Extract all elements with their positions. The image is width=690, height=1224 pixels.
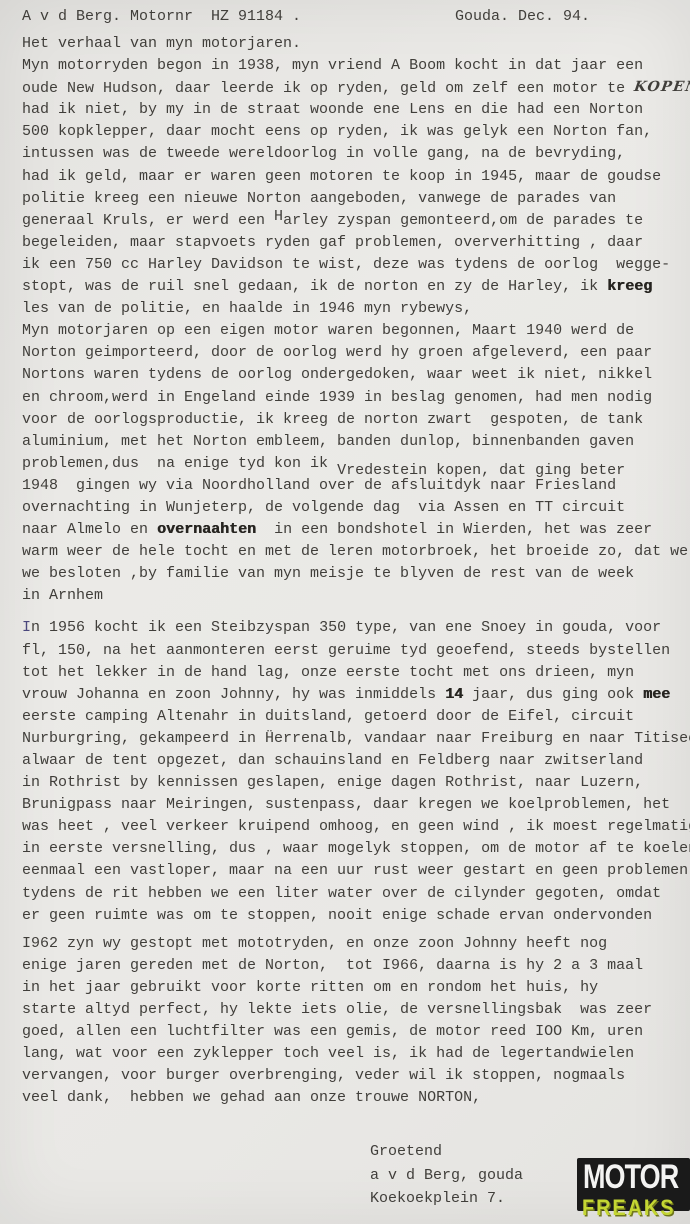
text-segment: Het verhaal van myn motorjaren. [22,35,301,52]
motorfreaks-logo: MOTOR FREAKS [577,1158,690,1211]
header-date-line: Gouda. Dec. 94. [455,8,590,25]
text-line: tydens de rit hebben we een liter water … [22,883,690,905]
text-segment: problemen,dus na enige tyd kon ik [22,455,337,472]
text-segment: in Arnhem [22,587,103,604]
text-segment: H [274,206,283,228]
text-segment: naar Almelo en [22,521,157,538]
text-line: in Arnhem [22,585,690,607]
text-line: enige jaren gereden met de Norton, tot I… [22,955,690,977]
text-line: overnachting in Wunjeterp, de volgende d… [22,497,690,519]
text-segment: vervangen, voor burger overbrenging, ved… [22,1067,625,1084]
text-segment: ik een 750 cc Harley Davidson te wist, d… [22,256,670,273]
text-line: les van de politie, en haalde in 1946 my… [22,298,690,320]
text-line: generaal Kruls, er werd een Harley zyspa… [22,210,690,232]
text-line: alwaar de tent opgezet, dan schauinsland… [22,750,690,772]
text-segment: n 1956 kocht ik een Steibzyspan 350 type… [31,619,661,636]
text-segment: Myn motorryden begon in 1938, myn vriend… [22,57,643,74]
text-line: voor de oorlogsproductie, ik kreeg de no… [22,409,690,431]
text-line: Norton geimporteerd, door de oorlog werd… [22,342,690,364]
text-segment: had ik geld, maar er waren geen motoren … [22,168,661,185]
text-line: warm weer de hele tocht en met de leren … [22,541,690,563]
letter-body: Het verhaal van myn motorjaren.Myn motor… [22,33,690,1110]
text-line: stopt, was de ruil snel gedaan, ik de no… [22,276,690,298]
letter-paragraphs: Het verhaal van myn motorjaren.Myn motor… [22,33,690,1110]
text-line: begeleiden, maar stapvoets ryden gaf pro… [22,232,690,254]
text-line: lang, wat voor een zyklepper toch veel i… [22,1043,690,1065]
text-line: in het jaar gebruikt voor korte ritten o… [22,977,690,999]
text-line: vervangen, voor burger overbrenging, ved… [22,1065,690,1087]
text-line: ik een 750 cc Harley Davidson te wist, d… [22,254,690,276]
text-segment: Nortons waren tydens de oorlog ondergedo… [22,366,652,383]
text-segment: tot het lekker in de hand lag, onze eers… [22,664,634,681]
text-line: tot het lekker in de hand lag, onze eers… [22,662,690,684]
text-line: fl, 150, na het aanmonteren eerst geruim… [22,640,690,662]
text-segment: I [22,619,31,636]
paragraph: In 1956 kocht ik een Steibzyspan 350 typ… [22,617,690,926]
text-line: in eerste versnelling, dus , waar mogely… [22,838,690,860]
text-segment: veel dank, hebben we gehad aan onze trou… [22,1089,481,1106]
text-line: goed, allen een luchtfilter was een gemi… [22,1021,690,1043]
text-line: Myn motorryden begon in 1938, myn vriend… [22,55,690,77]
text-line: was heet , veel verkeer kruipend omhoog,… [22,816,690,838]
text-line: veel dank, hebben we gehad aan onze trou… [22,1087,690,1109]
text-segment: 14 [445,686,463,703]
text-segment: overnaahten [157,521,256,538]
handwritten-word: KOPEN [633,76,690,98]
text-line: en chroom,werd in Engeland einde 1939 in… [22,387,690,409]
text-segment: voor de oorlogsproductie, ik kreeg de no… [22,411,643,428]
text-line: I962 zyn wy gestopt met mototryden, en o… [22,933,690,955]
text-segment: had ik niet, by my in de straat woonde e… [22,101,643,118]
text-line: problemen,dus na enige tyd kon ik Vredes… [22,453,690,475]
logo-motor-text: MOTOR [583,1161,678,1195]
text-segment: eerste camping Altenahr in duitsland, ge… [22,708,634,725]
text-segment: oude New Hudson, daar leerde ik op ryden… [22,80,634,97]
text-segment: jaar, dus ging ook [463,686,643,703]
text-segment: Nurburgring, gekampeerd in Ḧerrenalb, v… [22,730,690,747]
text-segment: was heet , veel verkeer kruipend omhoog,… [22,818,690,835]
text-segment: eenmaal een vastloper, maar na een uur r… [22,862,688,879]
text-segment: Norton geimporteerd, door de oorlog werd… [22,344,652,361]
text-segment: tydens de rit hebben we een liter water … [22,885,661,902]
text-line: naar Almelo en overnaahten in een bondsh… [22,519,690,541]
signature-block: Groetenda v d Berg, goudaKoekoekplein 7. [370,1140,523,1211]
text-line: intussen was de tweede wereldoorlog in v… [22,143,690,165]
text-line: we besloten ,by familie van myn meisje t… [22,563,690,585]
text-line: had ik geld, maar er waren geen motoren … [22,166,690,188]
text-segment: in het jaar gebruikt voor korte ritten o… [22,979,598,996]
text-segment: Vredestein kopen, dat ging beter [337,460,625,482]
paragraph: Het verhaal van myn motorjaren.Myn motor… [22,33,690,607]
text-segment: I962 zyn wy gestopt met mototryden, en o… [22,935,607,952]
text-segment: lang, wat voor een zyklepper toch veel i… [22,1045,634,1062]
text-line: In 1956 kocht ik een Steibzyspan 350 typ… [22,617,690,639]
signature-line: Koekoekplein 7. [370,1187,523,1211]
text-segment: 500 kopklepper, daar mocht eens op ryden… [22,123,652,140]
text-line: Myn motorjaren op een eigen motor waren … [22,320,690,342]
text-segment: intussen was de tweede wereldoorlog in v… [22,145,625,162]
text-segment: warm weer de hele tocht en met de leren … [22,543,688,560]
text-line: eerste camping Altenahr in duitsland, ge… [22,706,690,728]
letter-header: A v d Berg. Motornr HZ 91184 . Gouda. De… [0,8,690,30]
text-segment: en chroom,werd in Engeland einde 1939 in… [22,389,652,406]
text-segment: kreeg [607,278,652,295]
logo-freaks-text: FREAKS [582,1197,675,1219]
text-line: eenmaal een vastloper, maar na een uur r… [22,860,690,882]
text-segment: aluminium, met het Norton embleem, bande… [22,433,634,450]
text-line: vrouw Johanna en zoon Johnny, hy was inm… [22,684,690,706]
text-segment: vrouw Johanna en zoon Johnny, hy was inm… [22,686,445,703]
text-segment: in Rothrist by kennissen geslapen, enige… [22,774,643,791]
text-segment: in een bondshotel in Wierden, het was ze… [256,521,652,538]
signature-line: a v d Berg, gouda [370,1164,523,1188]
text-segment: arley zyspan gemonteerd,om de parades te [283,212,643,229]
signature-line: Groetend [370,1140,523,1164]
text-line: er geen ruimte was om te stoppen, nooit … [22,905,690,927]
text-segment: Myn motorjaren op een eigen motor waren … [22,322,634,339]
paragraph: I962 zyn wy gestopt met mototryden, en o… [22,933,690,1110]
text-line: Nortons waren tydens de oorlog ondergedo… [22,364,690,386]
text-segment: we besloten ,by familie van myn meisje t… [22,565,634,582]
text-segment: goed, allen een luchtfilter was een gemi… [22,1023,643,1040]
text-segment: in eerste versnelling, dus , waar mogely… [22,840,690,857]
text-line: oude New Hudson, daar leerde ik op ryden… [22,77,690,99]
text-line: Het verhaal van myn motorjaren. [22,33,690,55]
text-segment: stopt, was de ruil snel gedaan, ik de no… [22,278,607,295]
text-line: Nurburgring, gekampeerd in Ḧerrenalb, v… [22,728,690,750]
text-segment: Brunigpass naar Meiringen, sustenpass, d… [22,796,670,813]
header-sender-line: A v d Berg. Motornr HZ 91184 . [22,8,301,25]
text-line: in Rothrist by kennissen geslapen, enige… [22,772,690,794]
text-segment: starte altyd perfect, hy lekte iets olie… [22,1001,652,1018]
text-line: 500 kopklepper, daar mocht eens op ryden… [22,121,690,143]
text-line: Brunigpass naar Meiringen, sustenpass, d… [22,794,690,816]
text-segment: overnachting in Wunjeterp, de volgende d… [22,499,625,516]
text-segment: er geen ruimte was om te stoppen, nooit … [22,907,652,924]
text-segment: enige jaren gereden met de Norton, tot I… [22,957,643,974]
text-segment: les van de politie, en haalde in 1946 my… [22,300,472,317]
text-line: aluminium, met het Norton embleem, bande… [22,431,690,453]
text-segment: alwaar de tent opgezet, dan schauinsland… [22,752,643,769]
text-segment: generaal Kruls, er werd een [22,212,274,229]
text-segment: begeleiden, maar stapvoets ryden gaf pro… [22,234,643,251]
text-segment: politie kreeg een nieuwe Norton aangebod… [22,190,616,207]
text-line: starte altyd perfect, hy lekte iets olie… [22,999,690,1021]
text-segment: fl, 150, na het aanmonteren eerst geruim… [22,642,670,659]
text-line: had ik niet, by my in de straat woonde e… [22,99,690,121]
text-segment: mee [643,686,670,703]
typewritten-letter-page: A v d Berg. Motornr HZ 91184 . Gouda. De… [0,0,690,1224]
text-line: politie kreeg een nieuwe Norton aangebod… [22,188,690,210]
